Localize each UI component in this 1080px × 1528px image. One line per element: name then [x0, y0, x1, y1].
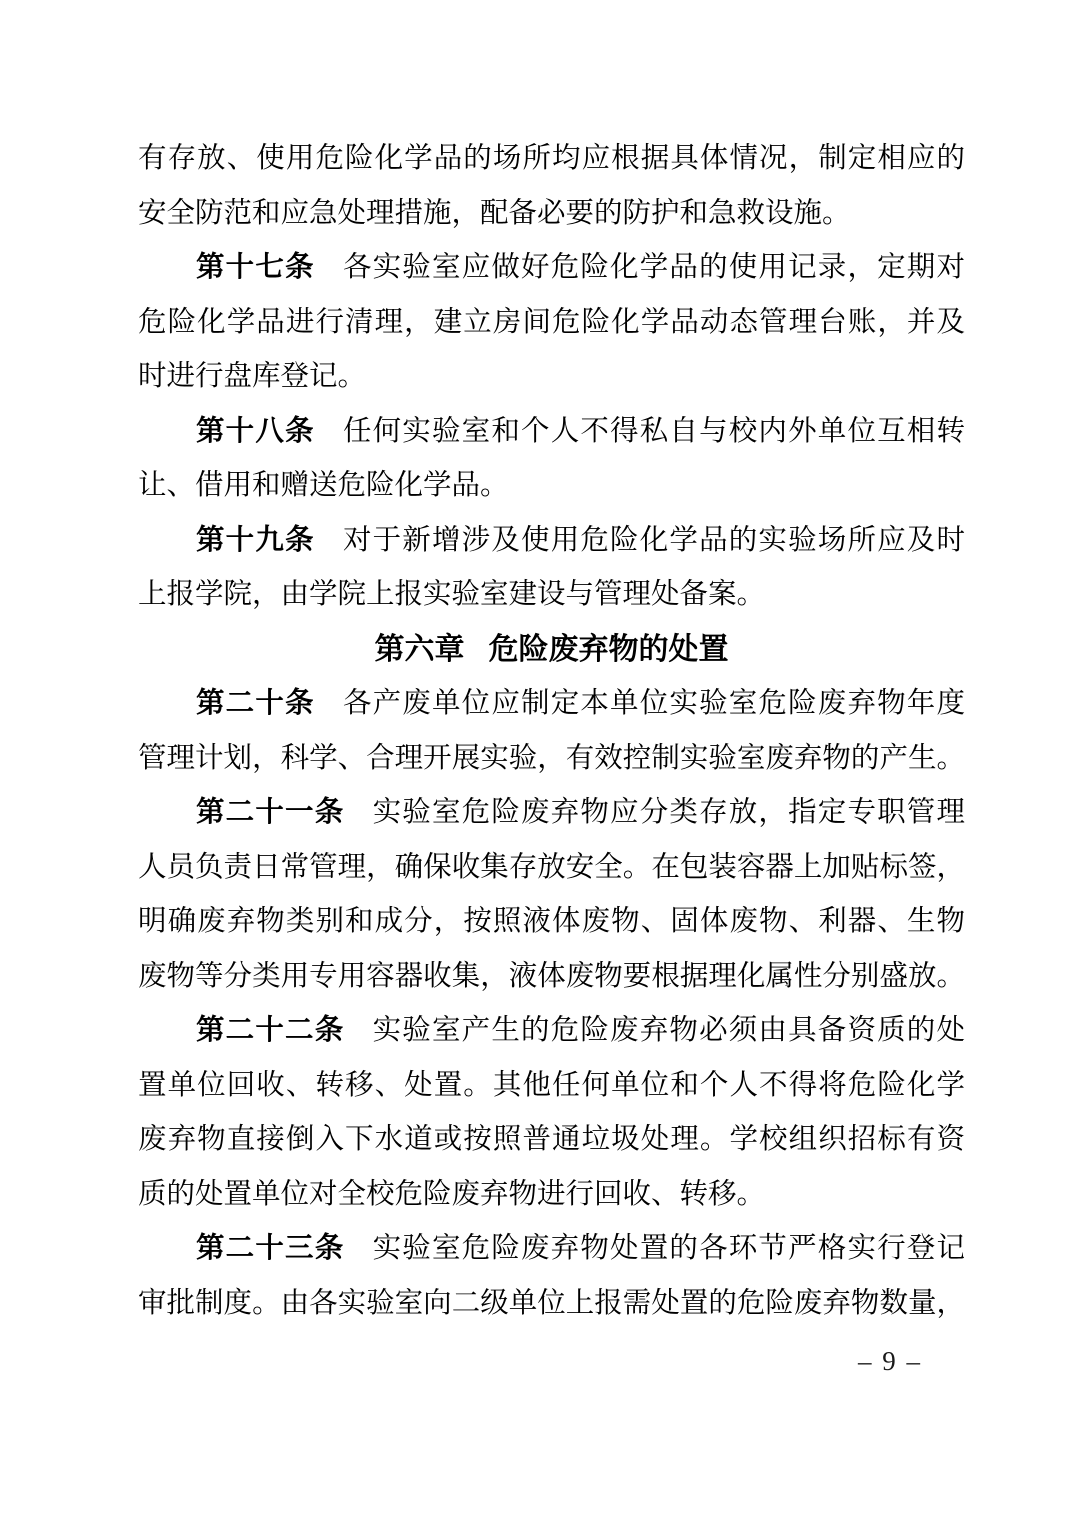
line-text: 时进行盘库登记。 [138, 361, 366, 392]
text-line: 审批制度。由各实验室向二级单位上报需处置的危险废弃物数量， [138, 1277, 965, 1332]
text-line: 危险化学品进行清理，建立房间危险化学品动态管理台账，并及 [138, 296, 965, 351]
article-line: 第十九条对于新增涉及使用危险化学品的实验场所应及时 [138, 514, 965, 569]
chapter-heading: 第六章危险废弃物的处置 [138, 623, 965, 678]
line-text: 明确废弃物类别和成分，按照液体废物、固体废物、利器、生物 [138, 906, 965, 937]
line-text: 实验室危险废弃物应分类存放，指定专职管理 [371, 797, 965, 828]
line-text: 管理计划，科学、合理开展实验，有效控制实验室废弃物的产生。 [138, 743, 965, 774]
article-number: 第十九条 [196, 525, 315, 556]
text-block: 有存放、使用危险化学品的场所均应根据具体情况，制定相应的安全防范和应急处理措施，… [138, 132, 965, 1331]
line-text: 对于新增涉及使用危险化学品的实验场所应及时 [342, 525, 965, 556]
line-text: 任何实验室和个人不得私自与校内外单位互相转 [342, 416, 965, 447]
article-number: 第二十条 [196, 688, 315, 719]
article-line: 第二十三条实验室危险废弃物处置的各环节严格实行登记 [138, 1222, 965, 1277]
article-line: 第二十一条实验室危险废弃物应分类存放，指定专职管理 [138, 786, 965, 841]
line-text: 实验室产生的危险废弃物必须由具备资质的处 [371, 1015, 965, 1046]
text-line: 时进行盘库登记。 [138, 350, 965, 405]
text-line: 人员负责日常管理，确保收集存放安全。在包装容器上加贴标签， [138, 841, 965, 896]
line-text: 上报学院，由学院上报实验室建设与管理处备案。 [138, 579, 765, 610]
chapter-number: 第六章 [375, 633, 465, 666]
article-line: 第十七条各实验室应做好危险化学品的使用记录，定期对 [138, 241, 965, 296]
line-text: 人员负责日常管理，确保收集存放安全。在包装容器上加贴标签， [138, 852, 965, 883]
text-line: 质的处置单位对全校危险废弃物进行回收、转移。 [138, 1168, 965, 1223]
text-line: 让、借用和赠送危险化学品。 [138, 459, 965, 514]
line-text: 实验室危险废弃物处置的各环节严格实行登记 [371, 1233, 965, 1264]
text-line: 上报学院，由学院上报实验室建设与管理处备案。 [138, 568, 965, 623]
text-line: 置单位回收、转移、处置。其他任何单位和个人不得将危险化学 [138, 1059, 965, 1114]
text-line: 明确废弃物类别和成分，按照液体废物、固体废物、利器、生物 [138, 895, 965, 950]
line-text: 审批制度。由各实验室向二级单位上报需处置的危险废弃物数量， [138, 1288, 965, 1319]
article-number: 第二十一条 [196, 797, 344, 828]
line-text: 置单位回收、转移、处置。其他任何单位和个人不得将危险化学 [138, 1070, 965, 1101]
line-text: 废弃物直接倒入下水道或按照普通垃圾处理。学校组织招标有资 [138, 1124, 965, 1155]
article-line: 第二十二条实验室产生的危险废弃物必须由具备资质的处 [138, 1004, 965, 1059]
line-text: 废物等分类用专用容器收集，液体废物要根据理化属性分别盛放。 [138, 961, 965, 992]
article-line: 第十八条任何实验室和个人不得私自与校内外单位互相转 [138, 405, 965, 460]
line-text: 安全防范和应急处理措施，配备必要的防护和急救设施。 [138, 198, 851, 229]
page-number: – 9 – [858, 1346, 922, 1377]
article-number: 第十八条 [196, 416, 315, 447]
text-line: 废物等分类用专用容器收集，液体废物要根据理化属性分别盛放。 [138, 950, 965, 1005]
line-text: 危险废弃物的处置 [489, 633, 729, 666]
text-line: 有存放、使用危险化学品的场所均应根据具体情况，制定相应的 [138, 132, 965, 187]
text-line: 废弃物直接倒入下水道或按照普通垃圾处理。学校组织招标有资 [138, 1113, 965, 1168]
line-text: 各实验室应做好危险化学品的使用记录，定期对 [342, 252, 965, 283]
line-text: 各产废单位应制定本单位实验室危险废弃物年度 [342, 688, 965, 719]
article-number: 第二十三条 [196, 1233, 344, 1264]
article-number: 第十七条 [196, 252, 315, 283]
line-text: 让、借用和赠送危险化学品。 [138, 470, 509, 501]
article-line: 第二十条各产废单位应制定本单位实验室危险废弃物年度 [138, 677, 965, 732]
line-text: 质的处置单位对全校危险废弃物进行回收、转移。 [138, 1179, 765, 1210]
line-text: 有存放、使用危险化学品的场所均应根据具体情况，制定相应的 [138, 143, 965, 174]
document-page: 有存放、使用危险化学品的场所均应根据具体情况，制定相应的安全防范和应急处理措施，… [0, 0, 1080, 1528]
article-number: 第二十二条 [196, 1015, 344, 1046]
line-text: 危险化学品进行清理，建立房间危险化学品动态管理台账，并及 [138, 307, 965, 338]
text-line: 管理计划，科学、合理开展实验，有效控制实验室废弃物的产生。 [138, 732, 965, 787]
text-line: 安全防范和应急处理措施，配备必要的防护和急救设施。 [138, 187, 965, 242]
